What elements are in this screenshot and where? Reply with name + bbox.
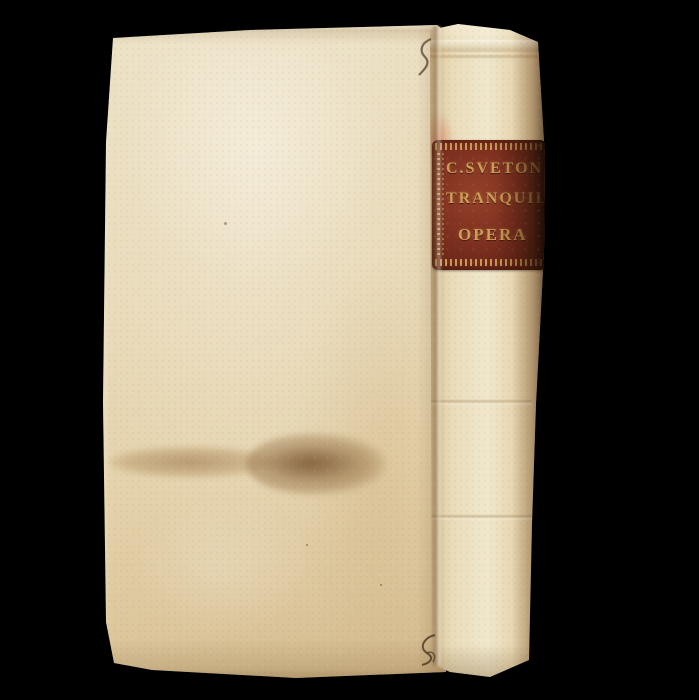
book-front-cover — [100, 22, 446, 682]
vellum-grain-texture — [428, 22, 550, 684]
tie-remnant-mark — [417, 630, 443, 670]
cover-spine-joint-groove — [431, 26, 442, 666]
book-spine: C.SVETON TRANQUIL OPERA — [428, 22, 550, 684]
photo-scene: C.SVETON TRANQUIL OPERA — [0, 0, 699, 700]
vellum-grain-texture — [100, 22, 446, 682]
headcap-curl-mark — [416, 36, 438, 80]
